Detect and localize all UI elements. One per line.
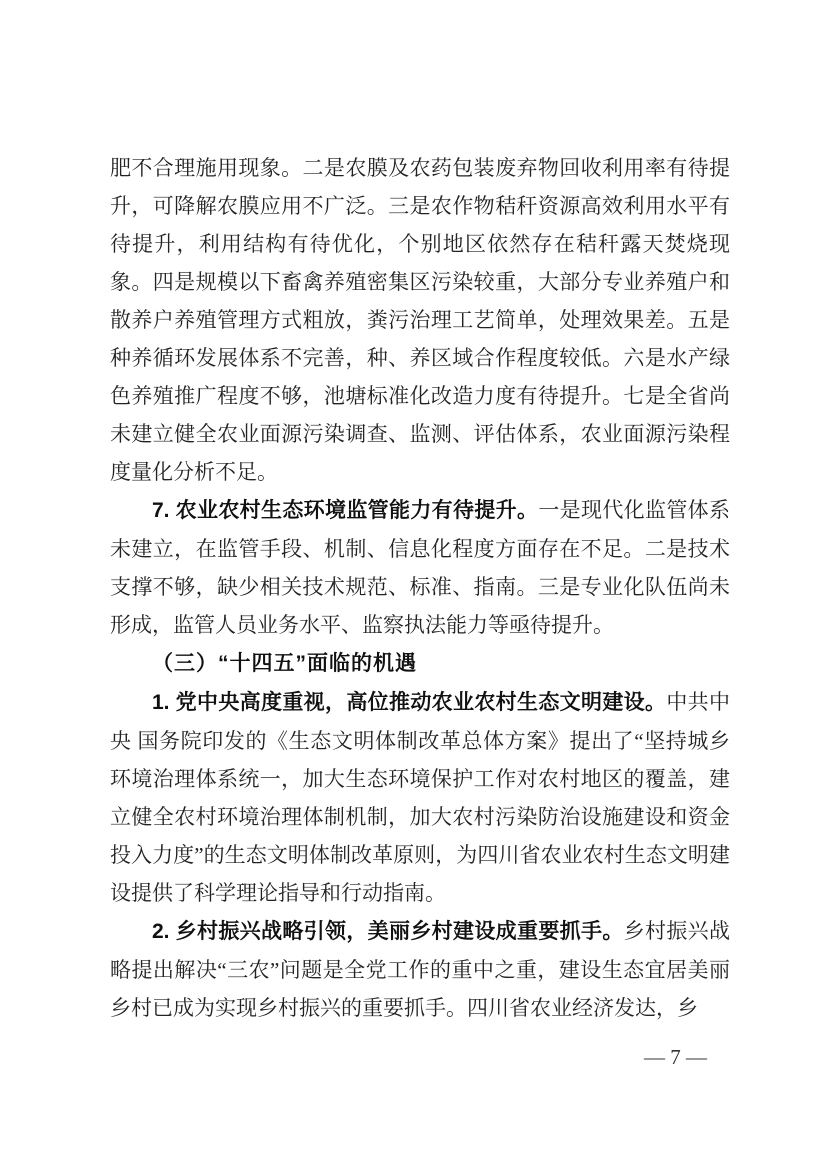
paragraph: 7. 农业农村生态环境监管能力有待提升。一是现代化监管体系未建立，在监管手段、机…: [110, 491, 730, 644]
bold-text-run: （三）“十四五”面临的机遇: [152, 652, 417, 675]
paragraph: 1. 党中央高度重视，高位推动农业农村生态文明建设。中共中央 国务院印发的《生态…: [110, 683, 730, 912]
bold-text-run: 2. 乡村振兴战略引领，美丽乡村建设成重要抓手。: [152, 920, 624, 943]
bold-text-run: 7. 农业农村生态环境监管能力有待提升。: [152, 499, 538, 522]
page-number: — 7 —: [644, 1042, 707, 1072]
text-run: 肥不合理施用现象。二是农膜及农药包装废弃物回收利用率有待提升，可降解农膜应用不广…: [110, 156, 730, 484]
paragraph: 2. 乡村振兴战略引领，美丽乡村建设成重要抓手。乡村振兴战略提出解决“三农”问题…: [110, 912, 730, 1027]
section-heading: （三）“十四五”面临的机遇: [110, 644, 730, 683]
paragraph: 肥不合理施用现象。二是农膜及农药包装废弃物回收利用率有待提升，可降解农膜应用不广…: [110, 149, 730, 491]
document-page: 肥不合理施用现象。二是农膜及农药包装废弃物回收利用率有待提升，可降解农膜应用不广…: [0, 0, 826, 1169]
bold-text-run: 1. 党中央高度重视，高位推动农业农村生态文明建设。: [152, 691, 666, 714]
text-run: 中共中央 国务院印发的《生态文明体制改革总体方案》提出了“坚持城乡环境治理体系统…: [110, 690, 730, 905]
document-body: 肥不合理施用现象。二是农膜及农药包装废弃物回收利用率有待提升，可降解农膜应用不广…: [110, 149, 730, 1027]
